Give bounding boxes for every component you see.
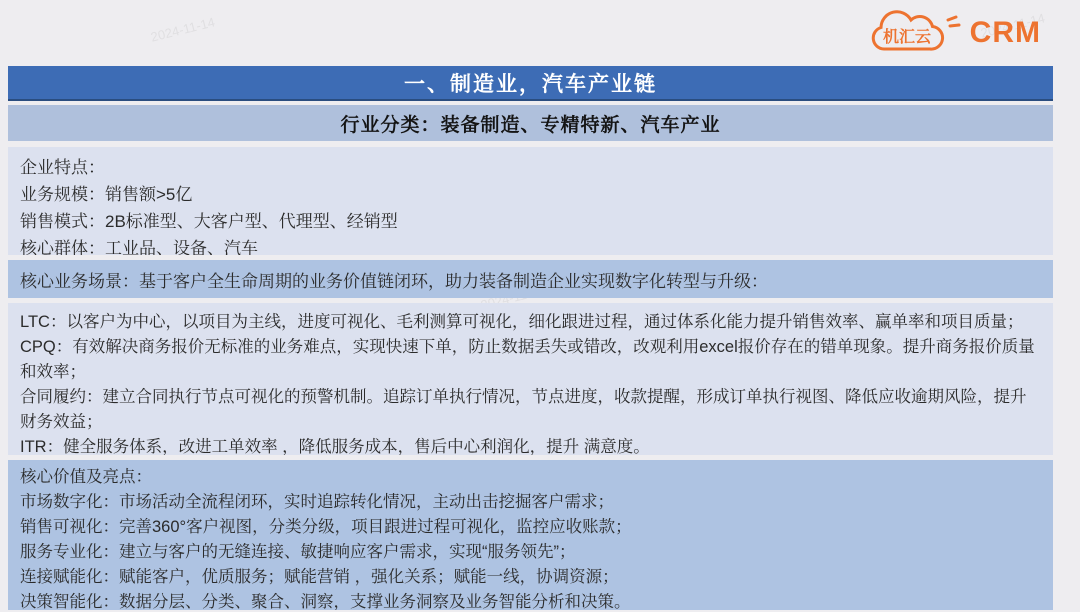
text-line: CPQ：有效解决商务报价无标准的业务难点，实现快速下单，防止数据丢失或错改，改观… bbox=[20, 335, 1043, 360]
text-line: 销售模式：2B标准型、大客户型、代理型、经销型 bbox=[20, 208, 1043, 235]
text-line: 和效率； bbox=[20, 360, 1043, 385]
text-line: 销售可视化：完善360°客户视图，分类分级，项目跟进过程可视化，监控应收账款； bbox=[20, 515, 1043, 540]
brand-logo: 机汇云 CRM bbox=[860, 8, 1041, 58]
industry-classification-band: 行业分类：装备制造、专精特新、汽车产业 bbox=[8, 105, 1053, 141]
company-profile-section: 企业特点： 业务规模：销售额>5亿 销售模式：2B标准型、大客户型、代理型、经销… bbox=[8, 147, 1053, 255]
core-values-section: 核心价值及亮点： 市场数字化：市场活动全流程闭环，实时追踪转化情况，主动出击挖掘… bbox=[8, 460, 1053, 610]
cloud-logo-icon: 机汇云 bbox=[860, 8, 964, 58]
section-header-band: 一、制造业，汽车产业链 bbox=[8, 66, 1053, 101]
text-line: 财务效益； bbox=[20, 410, 1043, 435]
logo-brand-text: 机汇云 bbox=[883, 28, 931, 46]
text-line: 核心群体：工业品、设备、汽车 bbox=[20, 235, 1043, 255]
text-line: ITR：健全服务体系，改进工单效率 ，降低服务成本，售后中心利润化，提升 满意度… bbox=[20, 435, 1043, 455]
page-title: 一、制造业，汽车产业链 bbox=[404, 68, 657, 98]
text-line: 核心价值及亮点： bbox=[20, 465, 1043, 490]
core-business-scene-section: 核心业务场景：基于客户全生命周期的业务价值链闭环，助力装备制造企业实现数字化转型… bbox=[8, 260, 1053, 298]
text-line: 合同履约：建立合同执行节点可视化的预警机制。追踪订单执行情况，节点进度，收款提醒… bbox=[20, 385, 1043, 410]
text-line: 连接赋能化：赋能客户，优质服务；赋能营销 ，强化关系；赋能一线，协调资源； bbox=[20, 565, 1043, 590]
top-bar: 机汇云 CRM bbox=[8, 0, 1053, 66]
text-line: 核心业务场景：基于客户全生命周期的业务价值链闭环，助力装备制造企业实现数字化转型… bbox=[20, 267, 768, 292]
logo-product-text: CRM bbox=[970, 10, 1041, 56]
text-line: 决策智能化：数据分层、分类、聚合、洞察，支撑业务洞察及业务智能分析和决策。 bbox=[20, 590, 1043, 610]
text-line: LTC：以客户为中心，以项目为主线，进度可视化、毛利测算可视化，细化跟进过程，通… bbox=[20, 310, 1043, 335]
text-line: 业务规模：销售额>5亿 bbox=[20, 181, 1043, 208]
text-line: 服务专业化：建立与客户的无缝连接、敏捷响应客户需求，实现“服务领先”； bbox=[20, 540, 1043, 565]
slide: 机汇云 CRM 一、制造业，汽车产业链 行业分类：装备制造、专精特新、汽车产业 … bbox=[8, 0, 1053, 610]
text-line: 市场数字化：市场活动全流程闭环，实时追踪转化情况，主动出击挖掘客户需求； bbox=[20, 490, 1043, 515]
business-capabilities-section: LTC：以客户为中心，以项目为主线，进度可视化、毛利测算可视化，细化跟进过程，通… bbox=[8, 303, 1053, 455]
industry-classification-title: 行业分类：装备制造、专精特新、汽车产业 bbox=[340, 110, 720, 137]
text-line: 企业特点： bbox=[20, 154, 1043, 181]
